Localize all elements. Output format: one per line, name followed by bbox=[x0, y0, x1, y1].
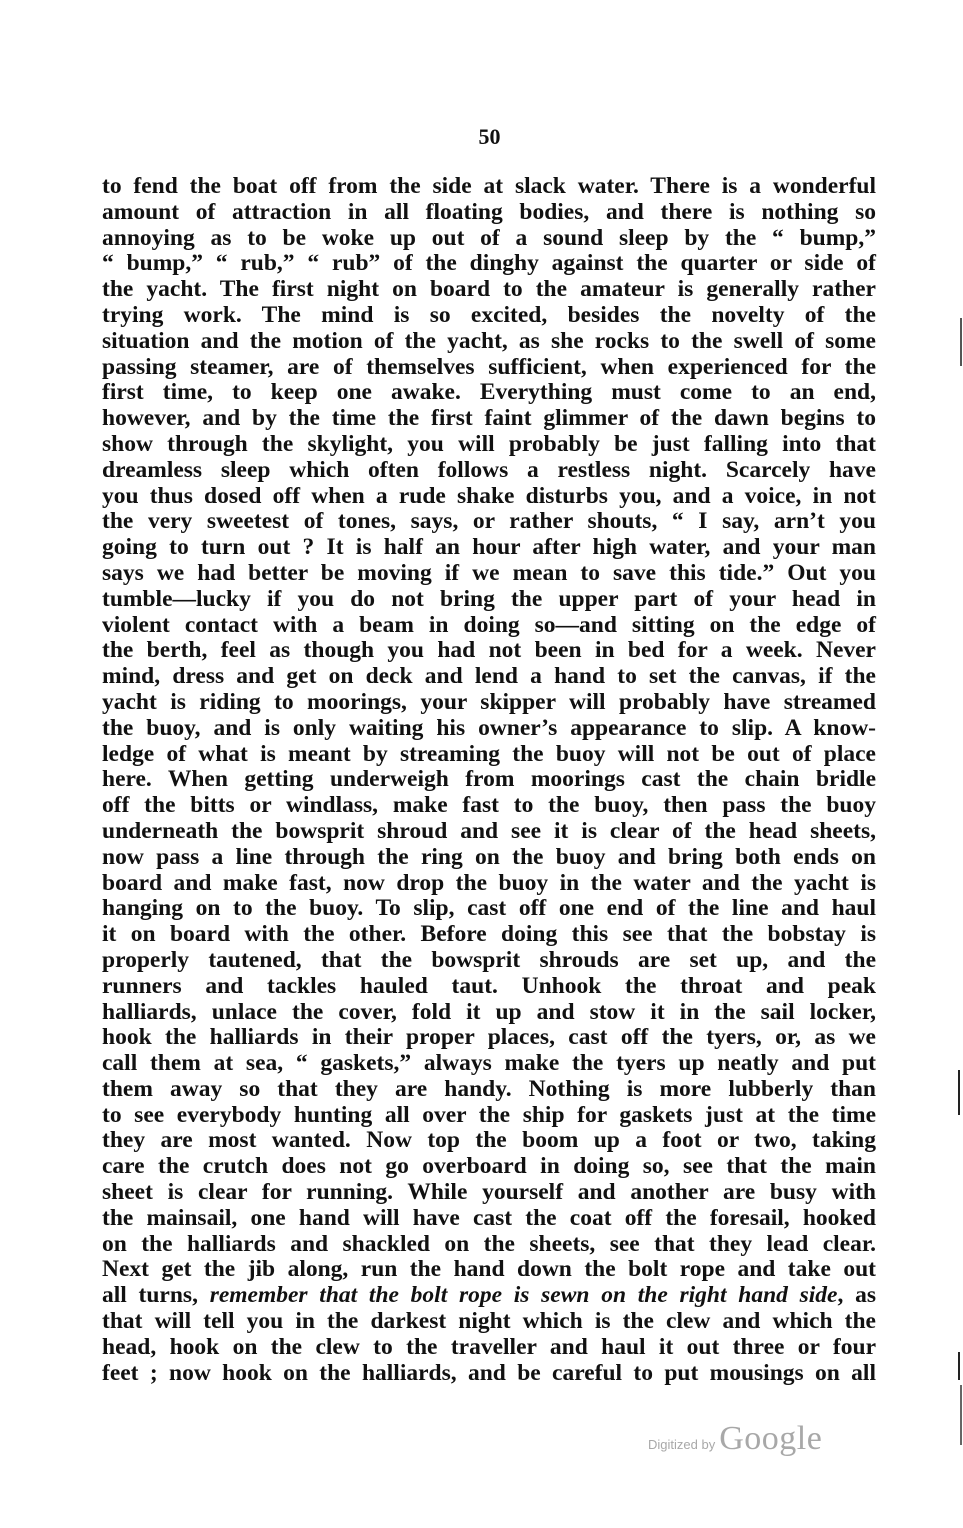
text-line: “ bump,” “ rub,” “ rub” of the dinghy ag… bbox=[102, 251, 876, 277]
text-line: show through the skylight, you will prob… bbox=[102, 432, 876, 458]
text-line: mind, dress and get on deck and lend a h… bbox=[102, 664, 876, 690]
text-line: board and make fast, now drop the buoy i… bbox=[102, 871, 876, 897]
text-line: care the crutch does not go overboard in… bbox=[102, 1154, 876, 1180]
text-line: call them at sea, “ gaskets,” always mak… bbox=[102, 1051, 876, 1077]
scan-edge-mark bbox=[960, 318, 962, 366]
text-line: hook the halliards in their proper place… bbox=[102, 1025, 876, 1051]
text-line: off the bitts or windlass, make fast to … bbox=[102, 793, 876, 819]
scan-edge-mark bbox=[960, 1385, 962, 1445]
text-line: the berth, feel as though you had not be… bbox=[102, 638, 876, 664]
text-line: amount of attraction in all floating bod… bbox=[102, 200, 876, 226]
text-line: properly tautened, that the bowsprit shr… bbox=[102, 948, 876, 974]
text-line: dreamless sleep which often follows a re… bbox=[102, 458, 876, 484]
text-line: violent contact with a beam in doing so—… bbox=[102, 613, 876, 639]
text-line: trying work. The mind is so excited, bes… bbox=[102, 303, 876, 329]
text-line: halliards, unlace the cover, fold it up … bbox=[102, 1000, 876, 1026]
text-segment: , as bbox=[837, 1282, 876, 1308]
google-logo: Google bbox=[719, 1420, 822, 1458]
digitized-watermark: Digitized by Google bbox=[648, 1420, 822, 1458]
text-line: to fend the boat off from the side at sl… bbox=[102, 174, 876, 200]
text-line: yacht is riding to moorings, your skippe… bbox=[102, 690, 876, 716]
body-text: to fend the boat off from the side at sl… bbox=[102, 174, 876, 1386]
text-line: here. When getting underweigh from moori… bbox=[102, 767, 876, 793]
text-line: the yacht. The first night on board to t… bbox=[102, 277, 876, 303]
text-line: on the halliards and shackled on the she… bbox=[102, 1232, 876, 1258]
text-line: now pass a line through the ring on the … bbox=[102, 845, 876, 871]
text-line: says we had better be moving if we mean … bbox=[102, 561, 876, 587]
text-line: ledge of what is meant by streaming the … bbox=[102, 742, 876, 768]
text-line: that will tell you in the darkest night … bbox=[102, 1309, 876, 1335]
text-line: feet ; now hook on the halliards, and be… bbox=[102, 1361, 876, 1387]
text-line: tumble—lucky if you do not bring the upp… bbox=[102, 587, 876, 613]
text-line: first time, to keep one awake. Everythin… bbox=[102, 380, 876, 406]
text-line: annoying as to be woke up out of a sound… bbox=[102, 226, 876, 252]
watermark-prefix: Digitized by bbox=[648, 1437, 715, 1452]
text-line: they are most wanted. Now top the boom u… bbox=[102, 1128, 876, 1154]
text-line: sheet is clear for running. While yourse… bbox=[102, 1180, 876, 1206]
text-line: however, and by the time the first faint… bbox=[102, 406, 876, 432]
text-line: the buoy, and is only waiting his owner’… bbox=[102, 716, 876, 742]
text-line: hanging on to the buoy. To slip, cast of… bbox=[102, 896, 876, 922]
text-segment: all turns, bbox=[102, 1282, 210, 1308]
text-line: situation and the motion of the yacht, a… bbox=[102, 329, 876, 355]
text-line: the very sweetest of tones, says, or rat… bbox=[102, 509, 876, 535]
scan-edge-mark bbox=[958, 1070, 960, 1115]
text-line: it on board with the other. Before doing… bbox=[102, 922, 876, 948]
text-line: the mainsail, one hand will have cast th… bbox=[102, 1206, 876, 1232]
text-line: you thus dosed off when a rude shake dis… bbox=[102, 484, 876, 510]
text-line: Next get the jib along, run the hand dow… bbox=[102, 1257, 876, 1283]
text-line: runners and tackles hauled taut. Unhook … bbox=[102, 974, 876, 1000]
text-line: head, hook on the clew to the traveller … bbox=[102, 1335, 876, 1361]
text-line: them away so that they are handy. Nothin… bbox=[102, 1077, 876, 1103]
text-line: underneath the bowsprit shroud and see i… bbox=[102, 819, 876, 845]
page-number: 50 bbox=[8, 124, 963, 150]
text-line: going to turn out ? It is half an hour a… bbox=[102, 535, 876, 561]
text-line: passing steamer, are of themselves suffi… bbox=[102, 355, 876, 381]
text-line: to see everybody hunting all over the sh… bbox=[102, 1103, 876, 1129]
text-line-mixed: all turns, remember that the bolt rope i… bbox=[102, 1283, 876, 1309]
scan-edge-mark bbox=[958, 1352, 960, 1380]
italic-emphasis: remember that the bolt rope is sewn on t… bbox=[210, 1282, 838, 1308]
